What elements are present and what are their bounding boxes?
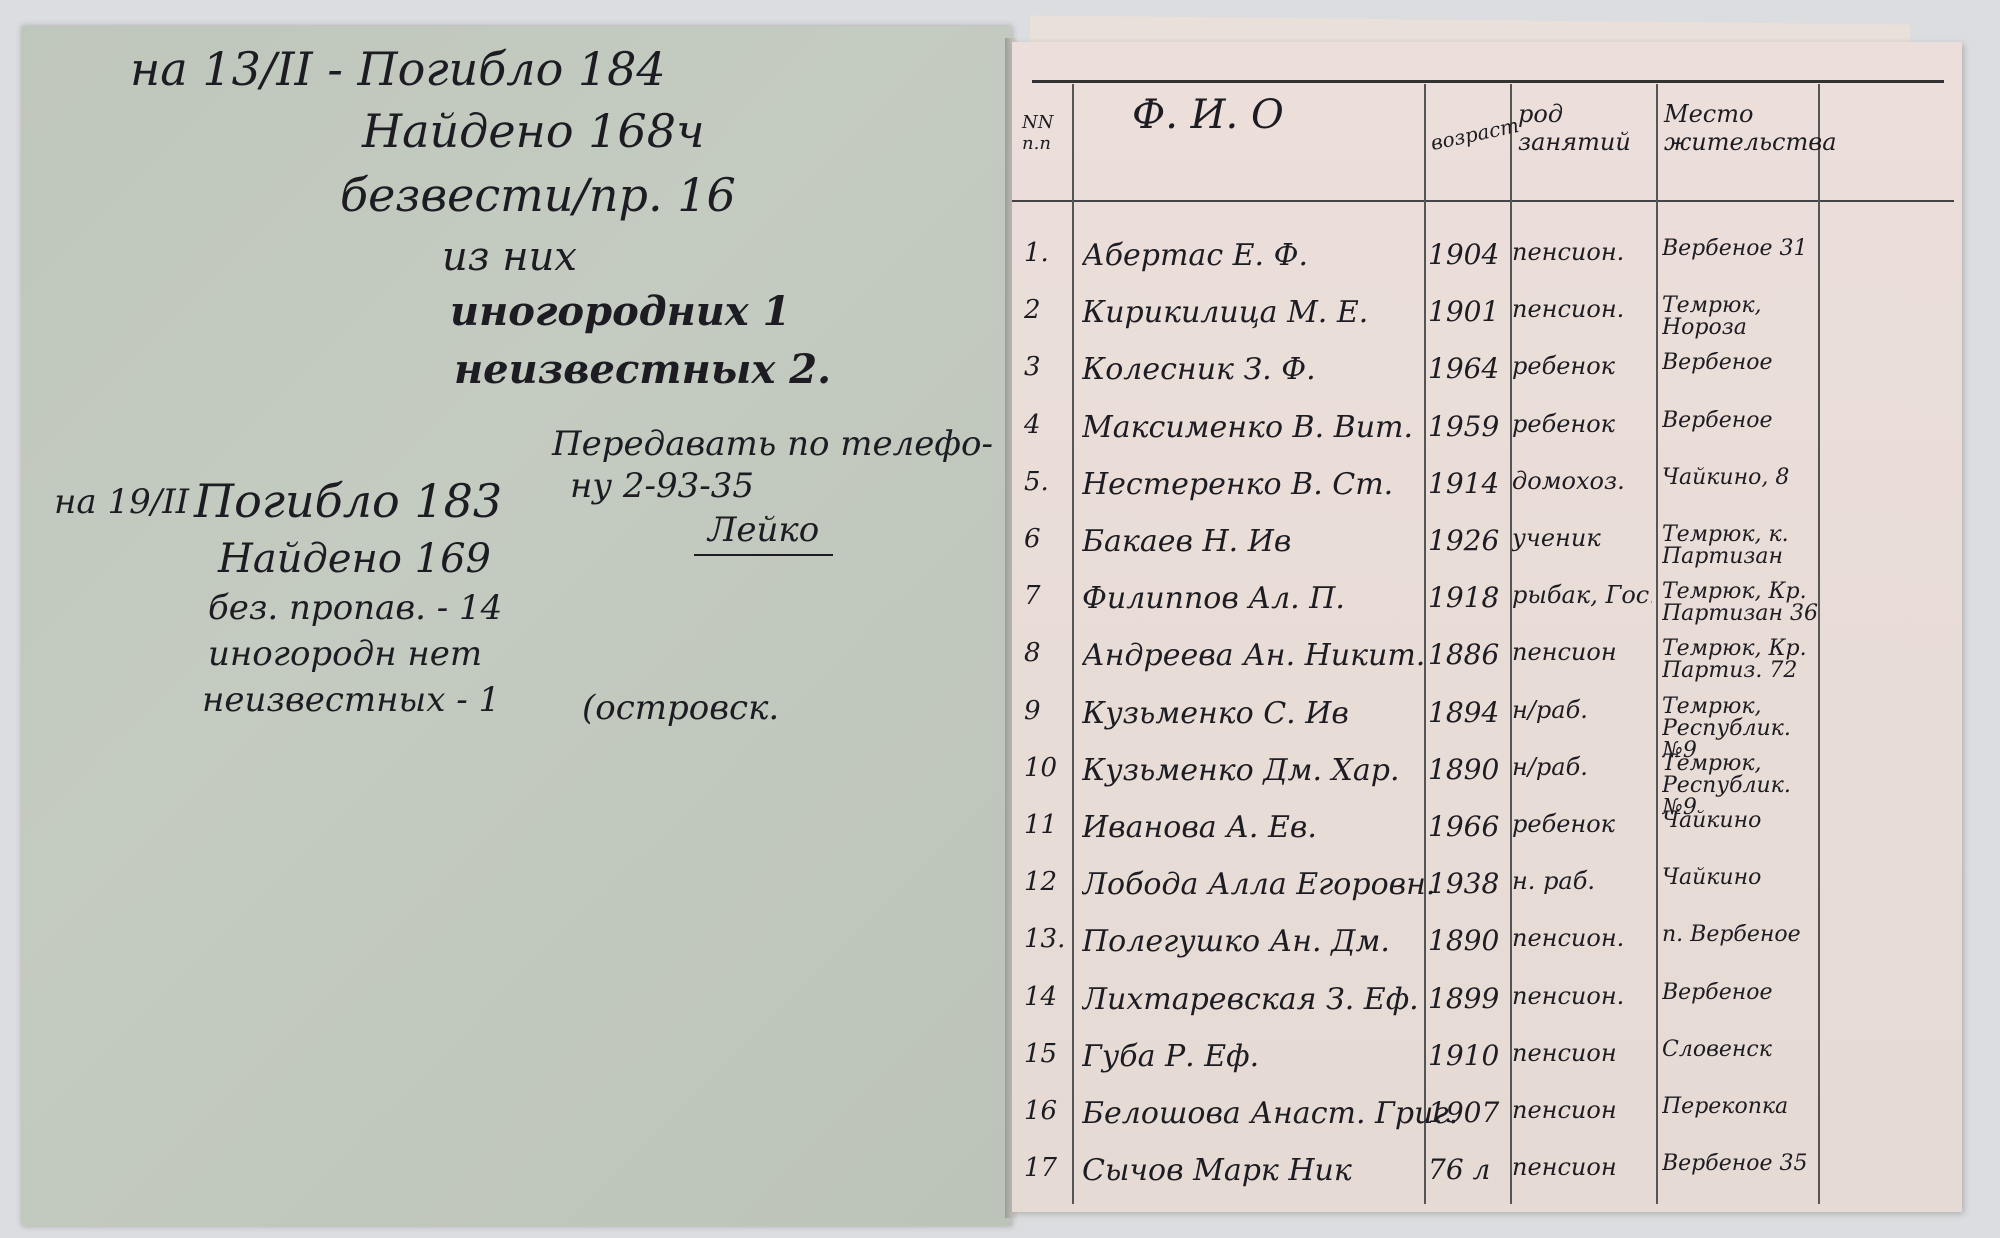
occupation: пенсион [1512,638,1652,666]
person-name: Белошова Анаст. Григ. [1082,1096,1482,1131]
residence: Темрюк, Кр. Партизан 36 [1662,581,1832,625]
table-row: 5.Нестеренко В. Ст.1914домохоз.Чайкино, … [1012,467,1952,523]
person-name: Андреева Ан. Никит. [1082,638,1482,673]
residence: Вербеное [1662,410,1832,432]
person-name: Бакаев Н. Ив [1082,524,1482,559]
table-row: 11Иванова А. Ев.1966ребенокЧайкино [1012,810,1952,866]
residence: Темрюк, Республик. №9 [1662,753,1832,819]
birth-year: 76 л [1428,1153,1508,1186]
person-name: Сычов Марк Ник [1082,1153,1482,1188]
occupation: пенсион. [1512,924,1652,952]
residence: Вербеное [1662,982,1832,1004]
table-row: 15Губа Р. Еф.1910пенсионСловенск [1012,1039,1952,1095]
row-number: 10 [1024,753,1064,783]
row-number: 1. [1024,238,1064,268]
table-row: 3Колесник З. Ф.1964ребенокВербеное [1012,352,1952,408]
table-row: 7Филиппов Ал. П.1918рыбак, Гос. мореТемр… [1012,581,1952,637]
row-number: 16 [1024,1096,1064,1126]
residence: Словенск [1662,1039,1832,1061]
occupation: пенсион. [1512,982,1652,1010]
occupation: ребенок [1512,810,1652,838]
birth-year: 1964 [1428,352,1508,385]
row-number: 4 [1024,410,1064,440]
transmit-note-phone: ну 2-93-35 [570,466,754,506]
report1-nonresident: иногородних 1 [450,288,790,335]
residence: Вербеное 35 [1662,1153,1832,1175]
birth-year: 1938 [1428,867,1508,900]
row-number: 17 [1024,1153,1064,1183]
birth-year: 1966 [1428,810,1508,843]
table-row: 12Лобода Алла Егоровн.1938н. раб.Чайкино [1012,867,1952,923]
residence: Вербеное 31 [1662,238,1832,260]
residence: Темрюк, Нороза [1662,295,1832,339]
person-name: Абертас Е. Ф. [1082,238,1482,273]
table-row: 14Лихтаревская З. Еф.1899пенсион.Вербено… [1012,982,1952,1038]
person-name: Иванова А. Ев. [1082,810,1482,845]
right-page: NN п.п Ф. И. О возраст род занятий Место… [1012,42,1962,1212]
report2-missing: без. пропав. - 14 [208,588,502,628]
occupation: ребенок [1512,352,1652,380]
col-header-occupation: род занятий [1518,100,1648,156]
person-name: Кузьменко С. Ив [1082,696,1482,731]
residence: Темрюк, Кр. Партиз. 72 [1662,638,1832,682]
occupation: н/раб. [1512,696,1652,724]
table-row: 9Кузьменко С. Ив1894н/раб.Темрюк, Респуб… [1012,696,1952,752]
transmit-note-line1: Передавать по телефо- [552,424,993,464]
report1-date-line: на 13/II - Погибло 184 [130,42,666,96]
occupation: пенсион [1512,1153,1652,1181]
birth-year: 1914 [1428,467,1508,500]
left-page: на 13/II - Погибло 184 Найдено 168ч безв… [22,26,1012,1226]
residence: п. Вербеное [1662,924,1832,946]
occupation: рыбак, Гос. море [1512,581,1652,609]
residence: Перекопка [1662,1096,1832,1118]
person-name: Кирикилица М. Е. [1082,295,1482,330]
row-number: 2 [1024,295,1064,325]
occupation: ученик [1512,524,1652,552]
table-row: 6Бакаев Н. Ив1926ученикТемрюк, к. Партиз… [1012,524,1952,580]
residence: Чайкино, 8 [1662,467,1832,489]
col-header-year: возраст [1428,113,1521,155]
occupation: домохоз. [1512,467,1652,495]
row-number: 15 [1024,1039,1064,1069]
row-number: 3 [1024,352,1064,382]
residence: Темрюк, к. Партизан [1662,524,1832,568]
person-name: Лихтаревская З. Еф. [1082,982,1482,1017]
occupation: пенсион. [1512,295,1652,323]
report2-found: Найдено 169 [218,536,491,582]
report1-found: Найдено 168ч [362,104,705,158]
birth-year: 1890 [1428,753,1508,786]
occupation: н. раб. [1512,867,1652,895]
row-number: 13. [1024,924,1064,954]
report2-nonresident: иногородн нет [208,634,482,674]
residence: Темрюк, Республик. №9 [1662,696,1832,762]
birth-year: 1904 [1428,238,1508,271]
person-name: Колесник З. Ф. [1082,352,1482,387]
table-row: 2Кирикилица М. Е.1901пенсион.Темрюк, Нор… [1012,295,1952,351]
person-name: Максименко В. Вит. [1082,410,1482,445]
table-row: 8Андреева Ан. Никит.1886пенсионТемрюк, К… [1012,638,1952,694]
birth-year: 1901 [1428,295,1508,328]
report1-date: на 13/II - [130,42,343,96]
signature: Лейко [694,510,833,556]
table-row: 13.Полегушко Ан. Дм.1890пенсион.п. Вербе… [1012,924,1952,980]
row-number: 14 [1024,982,1064,1012]
birth-year: 1899 [1428,982,1508,1015]
residence: Вербеное [1662,352,1832,374]
table-row: 16Белошова Анаст. Григ.1907пенсионПереко… [1012,1096,1952,1152]
row-number: 6 [1024,524,1064,554]
table-row: 10Кузьменко Дм. Хар.1890н/раб.Темрюк, Ре… [1012,753,1952,809]
report1-of-them: из них [442,234,577,280]
table-row: 1.Абертас Е. Ф.1904пенсион.Вербеное 31 [1012,238,1952,294]
birth-year: 1910 [1428,1039,1508,1072]
occupation: н/раб. [1512,753,1652,781]
row-number: 11 [1024,810,1064,840]
occupation: ребенок [1512,410,1652,438]
birth-year: 1959 [1428,410,1508,443]
report2-date: на 19/II [54,482,189,522]
person-name: Губа Р. Еф. [1082,1039,1482,1074]
header-rule [1012,200,1954,202]
report1-unknown: неизвестных 2. [454,346,831,393]
occupation: пенсион [1512,1039,1652,1067]
table-top-rule [1032,80,1944,83]
birth-year: 1886 [1428,638,1508,671]
occupation: пенсион [1512,1096,1652,1124]
report2-unknown: неизвестных - 1 [202,680,500,720]
table-row: 4Максименко В. Вит.1959ребенокВербеное [1012,410,1952,466]
person-name: Нестеренко В. Ст. [1082,467,1482,502]
birth-year: 1890 [1428,924,1508,957]
residence: Чайкино [1662,810,1832,832]
col-header-residence: Место жительства [1664,100,1814,156]
row-number: 9 [1024,696,1064,726]
person-name: Полегушко Ан. Дм. [1082,924,1482,959]
table-row: 17Сычов Марк Ник76 лпенсионВербеное 35 [1012,1153,1952,1209]
person-name: Лобода Алла Егоровн. [1082,867,1482,902]
row-number: 12 [1024,867,1064,897]
row-number: 7 [1024,581,1064,611]
person-name: Филиппов Ал. П. [1082,581,1482,616]
birth-year: 1926 [1428,524,1508,557]
birth-year: 1918 [1428,581,1508,614]
birth-year: 1894 [1428,696,1508,729]
residence: Чайкино [1662,867,1832,889]
occupation: пенсион. [1512,238,1652,266]
col-header-number: NN п.п [1022,112,1070,154]
row-number: 5. [1024,467,1064,497]
birth-year: 1907 [1428,1096,1508,1129]
row-number: 8 [1024,638,1064,668]
report2-killed: Погибло 183 [194,474,502,528]
col-header-name: Ф. И. О [1132,92,1284,138]
report1-killed: Погибло 184 [358,42,666,96]
report2-side-note: (островск. [582,688,779,728]
report1-missing: безвести/пр. 16 [340,168,736,222]
person-name: Кузьменко Дм. Хар. [1082,753,1482,788]
